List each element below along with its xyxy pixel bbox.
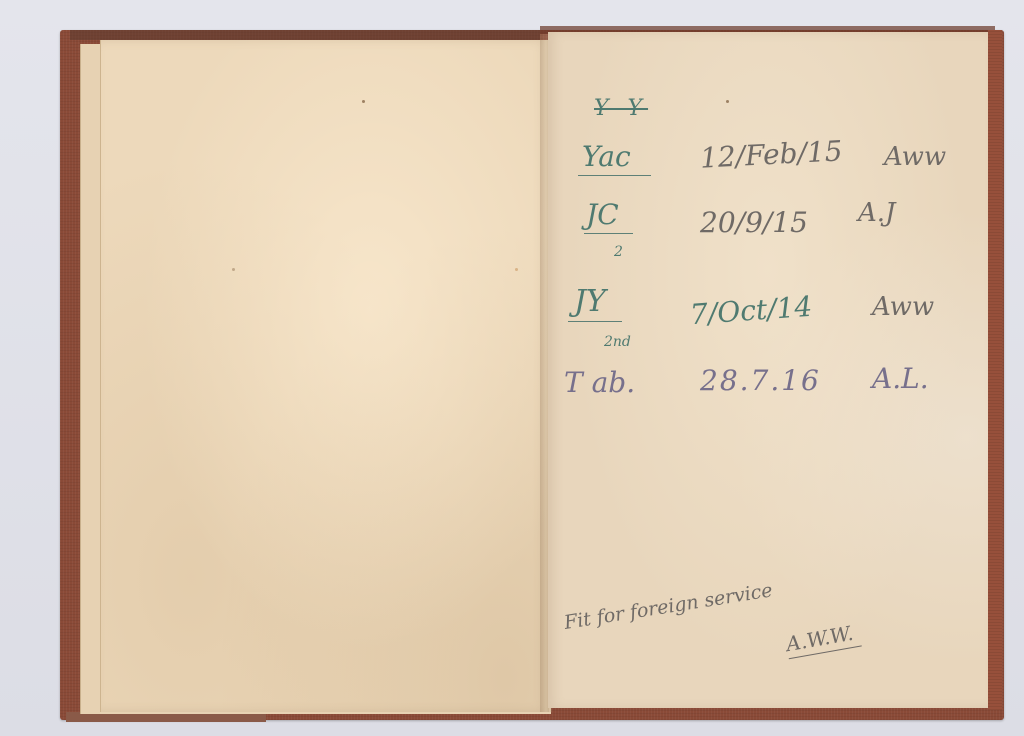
ink-speck [362, 100, 365, 103]
entry-2-date: 20/9/15 [700, 206, 808, 239]
cover-top-edge [70, 30, 540, 40]
ink-speck [515, 268, 518, 271]
entry-3-subscript: 2nd [604, 334, 631, 350]
entry-2-initials: A.J [858, 198, 895, 228]
entry-3-initials: Aww [872, 292, 934, 322]
entry-1-code: Yac [578, 140, 651, 176]
entry-2-subscript: 2 [614, 244, 623, 260]
cover-right-edge [988, 30, 1002, 710]
entry-4-code: T ab. [564, 366, 635, 399]
entry-4-date: 28.7.16 [700, 364, 821, 397]
entry-1-initials: Aww [884, 142, 946, 172]
entry-2-code: JC [584, 198, 633, 234]
page-heading: Y Y [594, 96, 648, 121]
scanned-notebook: Y Y Yac 12/Feb/15 Aww JC 2 20/9/15 A.J J… [0, 0, 1024, 736]
entry-3-code: JY [568, 284, 622, 322]
ink-speck [232, 268, 235, 271]
ink-speck [726, 100, 729, 103]
left-page [100, 40, 549, 712]
entry-4-initials: A.L. [872, 362, 929, 395]
